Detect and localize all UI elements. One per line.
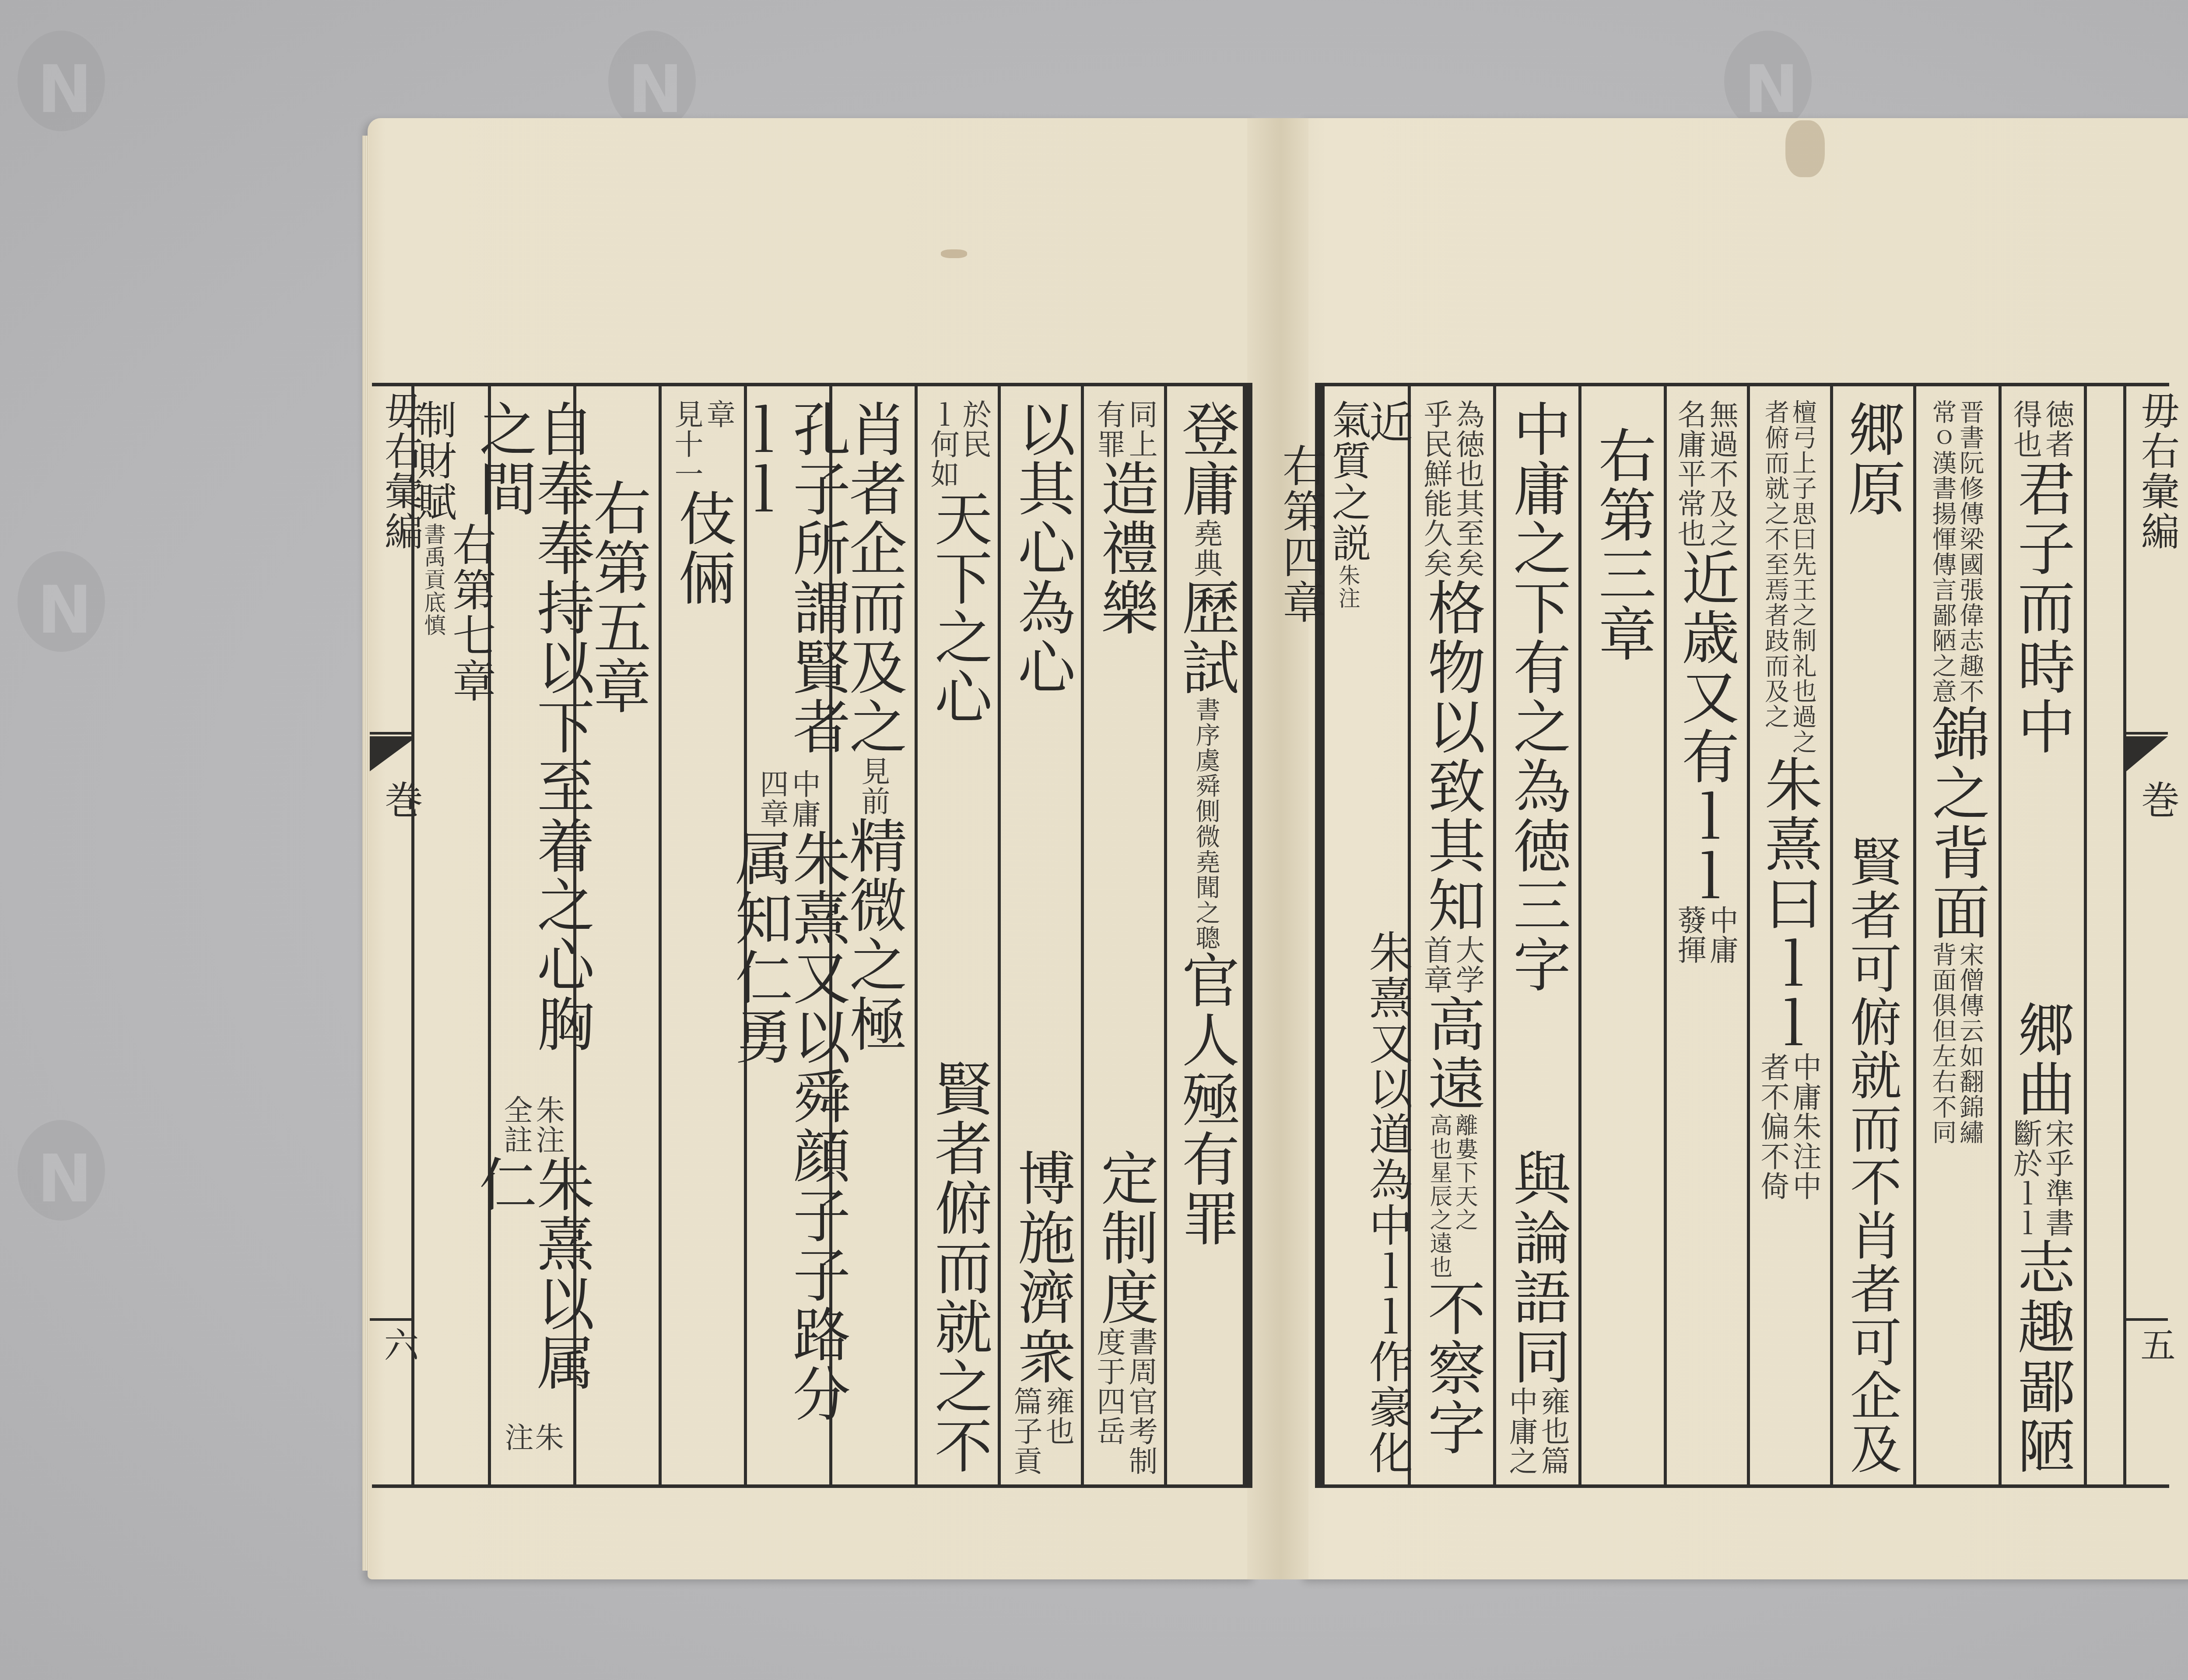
- column-rule: [659, 386, 662, 1484]
- column-rule: [1578, 386, 1581, 1484]
- text-column: 自奉奉持以下至着之心胸之間 朱注全註 朱熹以属仁 朱注: [492, 399, 571, 1476]
- column-rule: [998, 386, 1001, 1484]
- text-column: 檀弓上子思曰先王之制礼也過之者俯而就之不至焉者跂而及之 朱熹曰ｌｌ 中庸朱注中者…: [1749, 399, 1828, 1476]
- left-hanshin: 毋右彙編 巻 六: [370, 386, 411, 1484]
- page-number: 五: [2130, 1327, 2180, 1362]
- text-column: 氣質之説 朱注: [1329, 399, 1366, 1476]
- column-rule: [1081, 386, 1084, 1484]
- fish-tail-mark-icon: [370, 736, 411, 771]
- watermark-logo: N: [1707, 4, 1838, 136]
- text-column: 於民ｌ何如 天下之心 賢者俯而就之不: [919, 399, 998, 1476]
- text-column: 徳者得也 君子而時中 郷曲 宋乎準書斷於ｌｌ 志趣鄙陋: [2001, 399, 2082, 1476]
- watermark-logo: N: [0, 4, 131, 136]
- paper-damage: [1785, 120, 1825, 177]
- text-column: 同上有罪 造禮樂 定制度 書周官考制度于四岳: [1085, 399, 1164, 1476]
- text-column: 孔子所謂賢者ｌｌ 中庸四章 朱熹又以舜顔子子路分属知仁勇: [748, 399, 827, 1476]
- column-rule: [1164, 386, 1167, 1484]
- text-column: 右第七章: [451, 399, 490, 1476]
- text-column: 章見十一 伎倆: [663, 399, 742, 1476]
- text-column: 無過不及之名庸平常也 近歳又有ｌｌ 中庸蕟揮: [1666, 399, 1745, 1476]
- text-column: 近 朱熹又以道為中ｌｌ作豪化: [1368, 399, 1406, 1476]
- left-page-frame: 毋右彙編 巻 六 登庸 堯典 歷試 書序虞舜側微堯聞之聰: [372, 383, 1252, 1488]
- text-column: 晋書阮修傳梁國張偉志趣不常ｏ漢書揚惲傳言鄙陋之意 錦之背面 宋僧傳云如翻錦繡背面…: [1915, 399, 1996, 1476]
- column-rule: [2123, 386, 2126, 1484]
- watermark-logo: N: [0, 1094, 131, 1225]
- text-column: 登庸 堯典 歷試 書序虞舜側微堯聞之聰 官人 殛有罪: [1168, 399, 1243, 1476]
- text-column: 右第四章: [1279, 399, 1322, 1476]
- hanshin-divider: [370, 732, 411, 735]
- fish-tail-mark-icon: [2126, 736, 2168, 771]
- watermark-logo: N: [591, 4, 722, 136]
- right-hanshin: 毋右彙編 巻 五: [2126, 386, 2168, 1484]
- right-page-frame: 毋右彙編 巻 五 徳者得也 君子而時中 郷曲 宋乎準書斷於ｌｌ 志趣鄙陋 晋書阮…: [1315, 383, 2169, 1488]
- book-title: 毋右彙編: [2130, 391, 2185, 552]
- paper-stain: [941, 249, 967, 258]
- hanshin-divider: [370, 1318, 411, 1321]
- column-rule: [2084, 386, 2087, 1484]
- text-column: 制財賦 書禹貢底慎: [414, 399, 453, 1476]
- text-column: 右第三章: [1583, 399, 1662, 1476]
- text-column: 為徳也其至矣乎民鮮能久矣 格物以致其知 大学首章 高遠 離婁下天之高也星辰之遠也…: [1412, 399, 1491, 1476]
- hanshin-divider: [2126, 1318, 2168, 1321]
- column-rule: [915, 386, 918, 1484]
- page-edges: [362, 136, 368, 1571]
- column-rule: [1493, 386, 1496, 1484]
- watermark-logo: N: [0, 525, 131, 656]
- text-column: 郷原 賢者可俯就而不肖者可企及: [1832, 399, 1911, 1476]
- open-book: 毋右彙編 巻 六 登庸 堯典 歷試 書序虞舜側微堯聞之聰: [368, 118, 2188, 1579]
- text-column: 以其心為心 博施濟衆 雍也篇子貢: [1002, 399, 1081, 1476]
- hanshin-divider: [2126, 732, 2168, 735]
- text-column: 中庸之下有之為徳三字 與論語同 雍也篇中庸之: [1497, 399, 1576, 1476]
- volume-label: 巻: [2130, 780, 2185, 819]
